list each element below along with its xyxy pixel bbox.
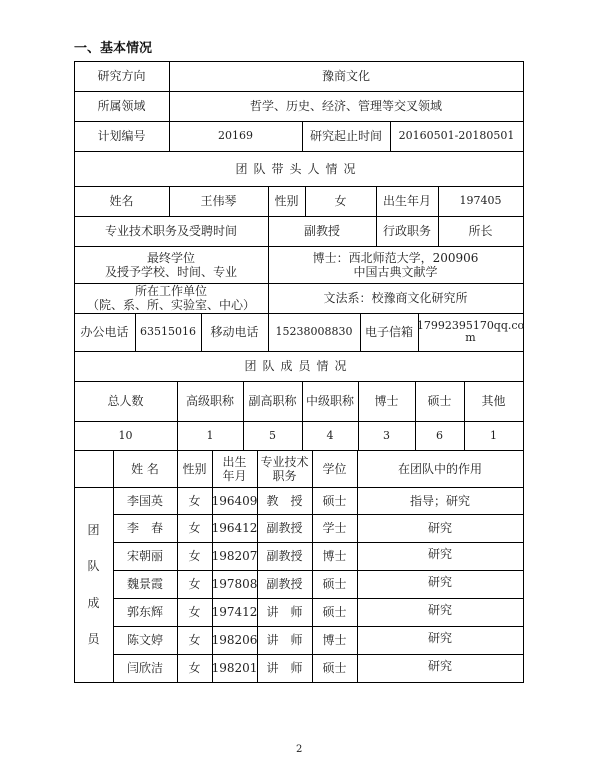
research-direction-label: 研究方向 — [74, 61, 169, 91]
side-label-char: 员 — [87, 632, 99, 646]
side-label-char: 团 — [87, 523, 99, 537]
stats-value-senior: 1 — [177, 421, 243, 450]
stats-header-phd: 博士 — [358, 381, 415, 421]
research-direction-value: 豫商文化 — [169, 61, 523, 91]
stats-header-associate: 副高职称 — [243, 381, 302, 421]
stats-value-intermediate: 4 — [302, 421, 358, 450]
member-gender: 女 — [177, 487, 212, 514]
member-header-title-line2: 职务 — [272, 469, 296, 483]
member-role: 研究 — [357, 626, 523, 654]
side-label-char: 成 — [87, 596, 99, 610]
member-header-birth: 出生 年月 — [212, 450, 257, 487]
member-gender: 女 — [177, 542, 212, 570]
email-label: 电子信箱 — [360, 313, 418, 351]
member-gender: 女 — [177, 598, 212, 626]
email-value: 17992395170qq.co m — [418, 313, 523, 351]
member-name: 魏景霞 — [113, 570, 177, 598]
member-header-birth-line1: 出生 — [222, 455, 246, 469]
mobile-phone-label: 移动电话 — [201, 313, 268, 351]
leader-unit-label: 所在工作单位 （院、系、所、实验室、中心） — [74, 283, 268, 313]
email-value-line2: m — [465, 332, 475, 344]
member-gender: 女 — [177, 514, 212, 542]
member-degree: 硕士 — [312, 570, 357, 598]
member-name: 宋朝丽 — [113, 542, 177, 570]
member-birth: 197808 — [212, 570, 257, 598]
member-header-gender: 性别 — [177, 450, 212, 487]
member-name: 闫欣洁 — [113, 654, 177, 682]
member-birth: 197412 — [212, 598, 257, 626]
research-period-label: 研究起止时间 — [302, 121, 390, 151]
member-birth: 196409 — [212, 487, 257, 514]
leader-title-label: 专业技术职务及受聘时间 — [74, 216, 268, 246]
table-border-bottom — [74, 682, 524, 683]
member-degree: 硕士 — [312, 598, 357, 626]
leader-degree-label: 最终学位 及授予学校、时间、专业 — [74, 246, 268, 283]
leader-degree-value: 博士：西北师范大学，200906 中国古典文献学 — [268, 246, 523, 283]
field-label: 所属领域 — [74, 91, 169, 121]
member-name: 陈文婷 — [113, 626, 177, 654]
member-role: 研究 — [357, 654, 523, 682]
leader-degree-value-line2: 中国古典文献学 — [353, 265, 437, 279]
member-title: 讲 师 — [257, 626, 312, 654]
stats-value-total: 10 — [74, 421, 177, 450]
member-degree: 博士 — [312, 542, 357, 570]
stats-header-senior: 高级职称 — [177, 381, 243, 421]
member-title: 讲 师 — [257, 598, 312, 626]
member-birth: 198201 — [212, 654, 257, 682]
member-degree: 博士 — [312, 626, 357, 654]
member-gender: 女 — [177, 626, 212, 654]
plan-number-value: 20169 — [169, 121, 302, 151]
table-border-right — [523, 61, 524, 683]
team-members-side-label: 团 队 成 员 — [74, 487, 113, 682]
research-period-value: 20160501-20180501 — [390, 121, 523, 151]
member-title: 讲 师 — [257, 654, 312, 682]
stats-header-master: 硕士 — [415, 381, 464, 421]
member-header-birth-line2: 年月 — [222, 469, 246, 483]
leader-birth-value: 197405 — [438, 186, 523, 216]
stats-value-associate: 5 — [243, 421, 302, 450]
leader-unit-label-line2: （院、系、所、实验室、中心） — [87, 298, 255, 312]
stats-value-master: 6 — [415, 421, 464, 450]
member-role: 指导；研究 — [357, 487, 523, 514]
leader-degree-label-line1: 最终学位 — [147, 251, 195, 265]
member-degree: 学士 — [312, 514, 357, 542]
leader-title-value: 副教授 — [268, 216, 376, 246]
member-header-title: 专业技术 职务 — [257, 450, 312, 487]
member-name: 李 春 — [113, 514, 177, 542]
page-number: 2 — [296, 744, 302, 755]
member-title: 副教授 — [257, 514, 312, 542]
member-birth: 196412 — [212, 514, 257, 542]
office-phone-label: 办公电话 — [74, 313, 135, 351]
member-gender: 女 — [177, 570, 212, 598]
leader-section-title: 团队带头人情况 — [74, 151, 523, 186]
member-gender: 女 — [177, 654, 212, 682]
mobile-phone-value: 15238008830 — [268, 313, 360, 351]
member-header-role: 在团队中的作用 — [357, 450, 523, 487]
member-title: 副教授 — [257, 570, 312, 598]
member-birth: 198206 — [212, 626, 257, 654]
stats-value-other: 1 — [464, 421, 523, 450]
member-header-degree: 学位 — [312, 450, 357, 487]
member-name: 李国英 — [113, 487, 177, 514]
office-phone-value: 63515016 — [135, 313, 201, 351]
leader-name-value: 王伟琴 — [169, 186, 268, 216]
leader-admin-value: 所长 — [438, 216, 523, 246]
member-title: 副教授 — [257, 542, 312, 570]
side-label-char: 队 — [87, 559, 99, 573]
leader-unit-label-line1: 所在工作单位 — [135, 284, 207, 298]
leader-degree-label-line2: 及授予学校、时间、专业 — [105, 265, 237, 279]
leader-gender-label: 性别 — [268, 186, 305, 216]
member-name: 郭东辉 — [113, 598, 177, 626]
member-header-name: 姓 名 — [113, 450, 177, 487]
member-role: 研究 — [357, 570, 523, 598]
field-value: 哲学、历史、经济、管理等交叉领域 — [169, 91, 523, 121]
stats-header-intermediate: 中级职称 — [302, 381, 358, 421]
leader-birth-label: 出生年月 — [376, 186, 438, 216]
member-title: 教 授 — [257, 487, 312, 514]
leader-name-label: 姓名 — [74, 186, 169, 216]
member-header-title-line1: 专业技术 — [260, 455, 308, 469]
member-degree: 硕士 — [312, 487, 357, 514]
leader-unit-value: 文法系：校豫商文化研究所 — [268, 283, 523, 313]
leader-admin-label: 行政职务 — [376, 216, 438, 246]
stats-header-other: 其他 — [464, 381, 523, 421]
plan-number-label: 计划编号 — [74, 121, 169, 151]
stats-header-total: 总人数 — [74, 381, 177, 421]
members-section-title: 团队成员情况 — [74, 351, 523, 381]
leader-gender-value: 女 — [305, 186, 376, 216]
leader-degree-value-line1: 博士：西北师范大学，200906 — [313, 251, 479, 265]
basic-info-form-table: 研究方向 豫商文化 所属领域 哲学、历史、经济、管理等交叉领域 计划编号 201… — [0, 0, 600, 768]
member-degree: 硕士 — [312, 654, 357, 682]
stats-value-phd: 3 — [358, 421, 415, 450]
member-role: 研究 — [357, 598, 523, 626]
member-role: 研究 — [357, 542, 523, 570]
member-role: 研究 — [357, 514, 523, 542]
member-birth: 198207 — [212, 542, 257, 570]
